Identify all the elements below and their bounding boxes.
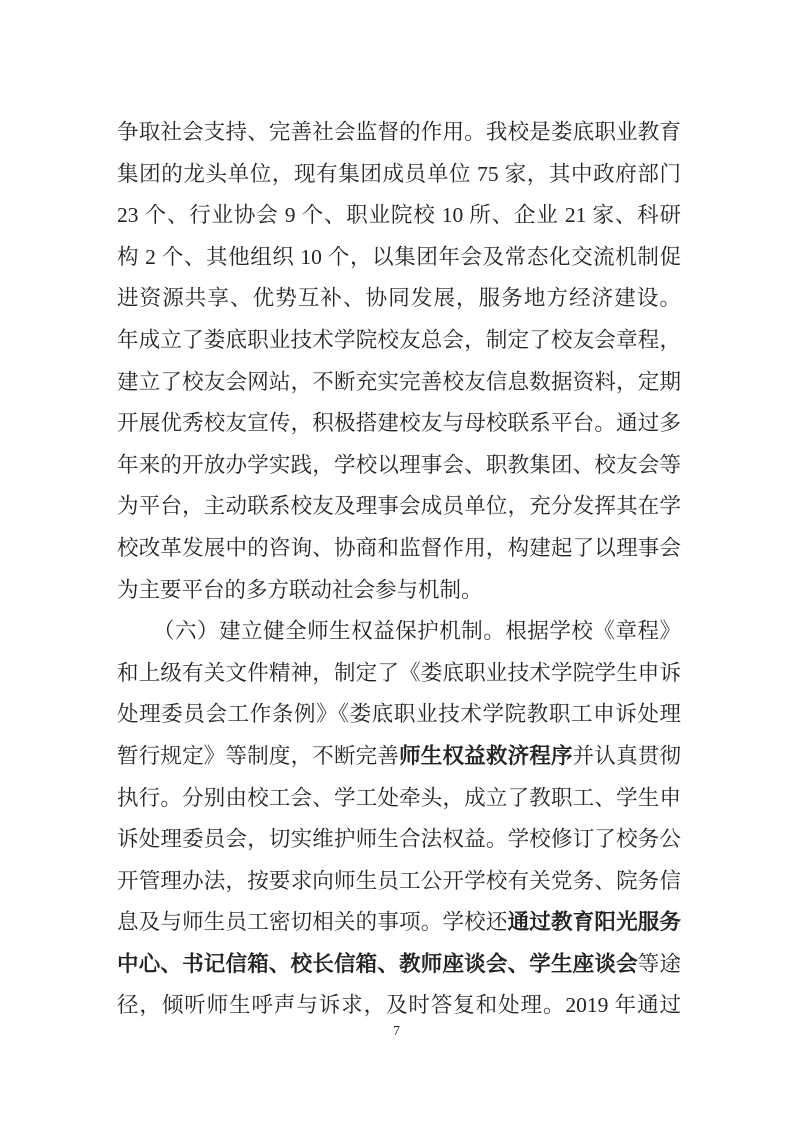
text-segment: 构 2 个、其他组织 10 个，以集团年会及常态化交流机制促 xyxy=(117,245,681,269)
text-line: 处理委员会工作条例》《娄底职业技术学院教职工申诉处理 xyxy=(117,694,681,736)
text-line: 年成立了娄底职业技术学院校友总会，制定了校友会章程， xyxy=(117,320,681,362)
text-line: 诉处理委员会，切实维护师生合法权益。学校修订了校务公 xyxy=(117,819,681,861)
text-line: 息及与师生员工密切相关的事项。学校还通过教育阳光服务 xyxy=(117,902,681,944)
text-line: 径，倾听师生呼声与诉求，及时答复和处理。2019 年通过教 xyxy=(117,985,681,1027)
text-segment: 建立了校友会网站，不断充实完善校友信息数据资料，定期 xyxy=(117,370,681,394)
text-segment: 诉处理委员会，切实维护师生合法权益。学校修订了校务公 xyxy=(117,827,681,851)
text-line-paragraph-start: （六）建立健全师生权益保护机制。根据学校《章程》 xyxy=(117,611,681,653)
text-segment: 为主要平台的多方联动社会参与机制。 xyxy=(117,578,483,602)
text-line: 校改革发展中的咨询、协商和监督作用，构建起了以理事会 xyxy=(117,528,681,570)
text-segment: 息及与师生员工密切相关的事项。学校还 xyxy=(117,910,508,934)
text-line: 暂行规定》等制度，不断完善师生权益救济程序并认真贯彻 xyxy=(117,736,681,778)
text-segment: 校改革发展中的咨询、协商和监督作用，构建起了以理事会 xyxy=(117,536,681,560)
text-segment-bold: 师生权益救济程序 xyxy=(399,744,573,768)
text-segment: 进资源共享、优势互补、协同发展，服务地方经济建设。2010 xyxy=(117,286,681,320)
text-line: 争取社会支持、完善社会监督的作用。我校是娄底职业教育 xyxy=(117,112,681,154)
text-line: 为主要平台的多方联动社会参与机制。 xyxy=(117,570,681,612)
text-segment: 为平台，主动联系校友及理事会成员单位，充分发挥其在学 xyxy=(117,494,681,518)
text-segment: 并认真贯彻 xyxy=(573,744,681,768)
document-page: 争取社会支持、完善社会监督的作用。我校是娄底职业教育 集团的龙头单位，现有集团成… xyxy=(0,0,793,1122)
text-segment: 等途 xyxy=(638,952,681,976)
text-line: 中心、书记信箱、校长信箱、教师座谈会、学生座谈会等途 xyxy=(117,944,681,986)
text-segment-bold: 中心、书记信箱、校长信箱、教师座谈会、学生座谈会 xyxy=(117,952,638,976)
text-line: 23 个、行业协会 9 个、职业院校 10 所、企业 21 家、科研机 xyxy=(117,195,681,237)
text-line: 执行。分别由校工会、学工处牵头，成立了教职工、学生申 xyxy=(117,778,681,820)
text-line: 和上级有关文件精神，制定了《娄底职业技术学院学生申诉 xyxy=(117,653,681,695)
text-line: 开展优秀校友宣传，积极搭建校友与母校联系平台。通过多 xyxy=(117,403,681,445)
text-segment: 开展优秀校友宣传，积极搭建校友与母校联系平台。通过多 xyxy=(117,411,681,435)
text-segment-bold: 通过教育阳光服务 xyxy=(508,910,681,934)
text-segment: 集团的龙头单位，现有集团成员单位 75 家，其中政府部门 xyxy=(117,162,681,186)
text-line: 年来的开放办学实践，学校以理事会、职教集团、校友会等 xyxy=(117,445,681,487)
text-segment: 争取社会支持、完善社会监督的作用。我校是娄底职业教育 xyxy=(117,120,681,144)
text-line: 进资源共享、优势互补、协同发展，服务地方经济建设。2010 xyxy=(117,278,681,320)
text-segment: 23 个、行业协会 9 个、职业院校 10 所、企业 21 家、科研机 xyxy=(117,203,681,237)
text-segment: 处理委员会工作条例》《娄底职业技术学院教职工申诉处理 xyxy=(117,702,681,726)
text-segment: 执行。分别由校工会、学工处牵头，成立了教职工、学生申 xyxy=(117,786,681,810)
text-line: 构 2 个、其他组织 10 个，以集团年会及常态化交流机制促 xyxy=(117,237,681,279)
text-segment: 年成立了娄底职业技术学院校友总会，制定了校友会章程， xyxy=(117,328,681,352)
text-segment: 和上级有关文件精神，制定了《娄底职业技术学院学生申诉 xyxy=(117,661,681,685)
text-segment: 开管理办法，按要求向师生员工公开学校有关党务、院务信 xyxy=(117,869,681,893)
text-line: 为平台，主动联系校友及理事会成员单位，充分发挥其在学 xyxy=(117,486,681,528)
page-number: 7 xyxy=(0,1022,793,1042)
text-line: 集团的龙头单位，现有集团成员单位 75 家，其中政府部门 xyxy=(117,154,681,196)
text-segment: 年来的开放办学实践，学校以理事会、职教集团、校友会等 xyxy=(117,453,681,477)
text-line: 建立了校友会网站，不断充实完善校友信息数据资料，定期 xyxy=(117,362,681,404)
text-segment: （六）建立健全师生权益保护机制。根据学校《章程》 xyxy=(153,619,681,643)
text-segment: 暂行规定》等制度，不断完善 xyxy=(117,744,399,768)
body-text: 争取社会支持、完善社会监督的作用。我校是娄底职业教育 集团的龙头单位，现有集团成… xyxy=(117,112,681,1027)
text-line: 开管理办法，按要求向师生员工公开学校有关党务、院务信 xyxy=(117,861,681,903)
